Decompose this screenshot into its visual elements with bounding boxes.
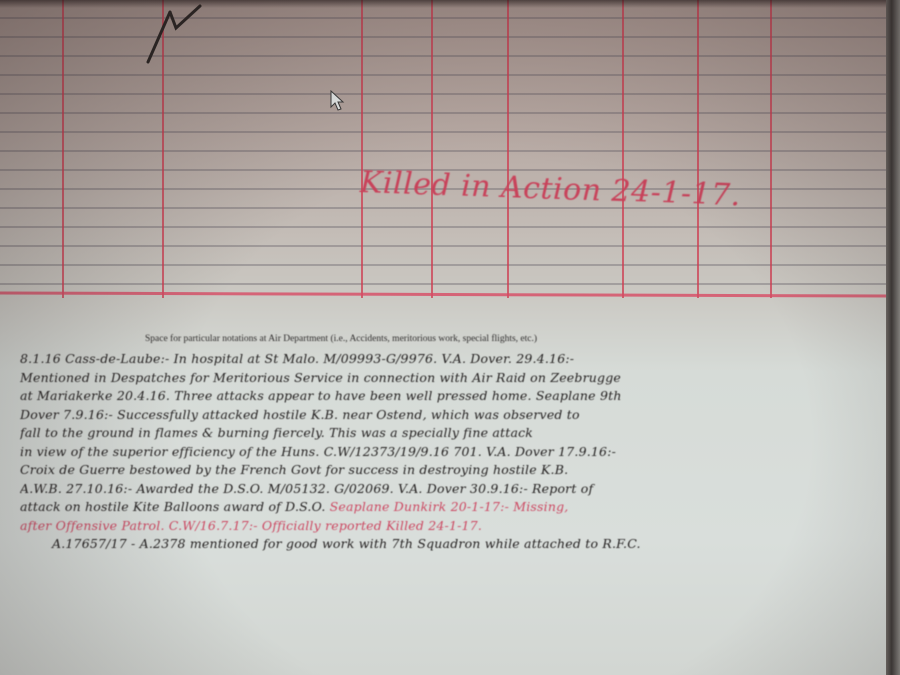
column-rule <box>431 0 433 298</box>
note-text: Mentioned in Despatches for Meritorious … <box>20 370 621 385</box>
column-rule <box>361 0 363 298</box>
red-note-text: after Offensive Patrol. C.W/16.7.17:- Of… <box>20 518 482 533</box>
column-rule <box>62 0 64 298</box>
note-line: A.W.B. 27.10.16:- Awarded the D.S.O. M/0… <box>20 480 870 499</box>
note-text: A.17657/17 - A.2378 mentioned for good w… <box>52 536 641 551</box>
page-binding-edge <box>886 0 900 675</box>
note-text: in view of the superior efficiency of th… <box>20 444 616 459</box>
notations-caption: Space for particular notations at Air De… <box>145 334 537 344</box>
note-text: 8.1.16 Cass-de-Laube:- In hospital at St… <box>20 351 574 366</box>
note-text: at Mariakerke 20.4.16. Three attacks app… <box>20 388 622 403</box>
column-rule <box>770 0 772 298</box>
mouse-cursor-icon <box>330 90 346 112</box>
ruled-grid <box>0 0 890 298</box>
red-note-text: Seaplane Dunkirk 20-1-17:- Missing, <box>330 499 569 514</box>
note-line: fall to the ground in flames & burning f… <box>20 424 870 443</box>
note-line: at Mariakerke 20.4.16. Three attacks app… <box>20 387 870 406</box>
note-line: attack on hostile Kite Balloons award of… <box>20 498 870 517</box>
note-line: Croix de Guerre bestowed by the French G… <box>20 461 870 480</box>
column-rule <box>507 0 509 298</box>
note-line: Mentioned in Despatches for Meritorious … <box>20 369 870 388</box>
column-rule <box>697 0 699 298</box>
note-line: in view of the superior efficiency of th… <box>20 443 870 462</box>
note-line: after Offensive Patrol. C.W/16.7.17:- Of… <box>20 517 870 536</box>
notations-list: 8.1.16 Cass-de-Laube:- In hospital at St… <box>20 350 870 554</box>
note-line: A.17657/17 - A.2378 mentioned for good w… <box>20 535 870 554</box>
note-line: Dover 7.9.16:- Successfully attacked hos… <box>20 406 870 425</box>
column-rule <box>622 0 624 298</box>
ledger-page: Killed in Action 24-1-17. Space for part… <box>0 0 900 675</box>
note-text: A.W.B. 27.10.16:- Awarded the D.S.O. M/0… <box>20 481 593 496</box>
tick-mark-icon <box>140 0 210 70</box>
top-shadow <box>0 0 900 8</box>
note-text: attack on hostile Kite Balloons award of… <box>20 499 330 514</box>
note-text: fall to the ground in flames & burning f… <box>20 425 533 440</box>
note-text: Croix de Guerre bestowed by the French G… <box>20 462 568 477</box>
note-line: 8.1.16 Cass-de-Laube:- In hospital at St… <box>20 350 870 369</box>
note-text: Dover 7.9.16:- Successfully attacked hos… <box>20 407 580 422</box>
